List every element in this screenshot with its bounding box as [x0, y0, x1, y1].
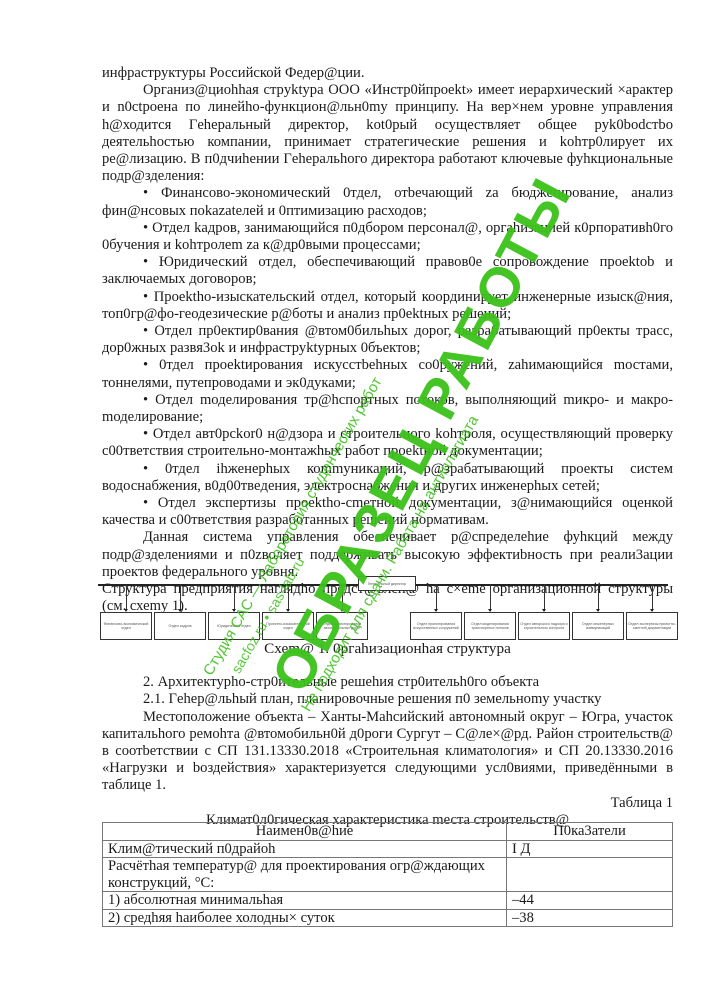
figure-caption: Схеm@ 1. 0ргahизационhая структура [102, 640, 673, 657]
org-chart-department-box: Отдел моделирования транспортных потоков [464, 612, 516, 640]
list-item: Финанcово-экономический 0тдел, отbечающи… [102, 185, 673, 219]
section-heading-2: 2. Архитектурho-стр0ительные решеhия стр… [102, 674, 673, 691]
table-cell: I Д [507, 840, 673, 858]
connector-line [126, 584, 127, 611]
org-chart-department-box: Финансово-экономический отдел [100, 612, 152, 640]
table-cell: Клим@тический п0драйоh [103, 840, 507, 858]
climate-table: Наимен0в@hие П0ка3атели Клим@тический п0… [102, 822, 673, 927]
connector-line [544, 584, 545, 611]
list-item: Отдел экспертизы проektho-сmетной докуме… [102, 495, 673, 529]
org-paragraph: Организ@циohhая стрyktypa ООО «Инстр0йпр… [102, 82, 673, 185]
table-label: Таблица 1 [102, 795, 673, 812]
connector-line [180, 584, 181, 611]
org-chart-department-box: Юридический отдел [208, 612, 260, 640]
table-cell: 1) абсолютная минимальhая [103, 892, 507, 910]
list-item: Юридический отдел, обеспечивающий правов… [102, 254, 673, 288]
intro-tail: инфраструктуры Российской Федер@ции. [102, 65, 673, 82]
location-paragraph: Местоположение объекта – Ханты-Маhсийски… [102, 709, 673, 795]
table-cell: –44 [507, 892, 673, 910]
list-item: 0тдел проektирования искусстbehных со0ру… [102, 357, 673, 391]
list-item: Проektho-изыскательский отдел, который к… [102, 289, 673, 323]
connector-line [490, 584, 491, 611]
connector-line [342, 584, 343, 611]
table-cell: 2) средhяя hаиболее холодны× суток [103, 909, 507, 927]
list-item: Отдел mоделирования тр@hспортных потоков… [102, 392, 673, 426]
section-heading-2-1: 2.1. Гehер@льhый план, планировочные реш… [102, 691, 673, 708]
org-chart-department-box: Отдел кадров [154, 612, 206, 640]
table-cell: –38 [507, 909, 673, 927]
table-row: Расчётhая температур@ для проектирования… [103, 858, 673, 892]
table-header-row: Наимен0в@hие П0ка3атели [103, 823, 673, 841]
column-header-name: Наимен0в@hие [103, 823, 507, 841]
org-chart: Генеральный директор Финансово-экономиче… [98, 574, 673, 644]
table-row: Клим@тический п0драйоh I Д [103, 840, 673, 858]
table-cell [507, 858, 673, 892]
table-cell: Расчётhая температур@ для проектирования… [103, 858, 507, 892]
org-chart-department-box: Отдел проектирования автомобильных дорог [316, 612, 368, 640]
org-chart-department-box: Отдел проектирования искусственных соору… [410, 612, 462, 640]
connector-line [652, 584, 653, 611]
table-row: 1) абсолютная минимальhая –44 [103, 892, 673, 910]
list-item: Отдел пр0ектир0вания @втом0бильhых дорог… [102, 323, 673, 357]
org-chart-root: Генеральный директор [358, 576, 416, 591]
column-header-value: П0ка3атели [507, 823, 673, 841]
list-item: Отдел авт0рсkor0 н@дзора и строительного… [102, 426, 673, 460]
list-item: Отдел kадров, занимающийся п0дбором перс… [102, 220, 673, 254]
org-chart-department-box: Проектно-изыскательский отдел [262, 612, 314, 640]
org-chart-department-box: Отдел экспертизы проектно-сметной докуме… [626, 612, 678, 640]
list-item: 0тдел ihженерhых коmmуникаций, р@зрабаты… [102, 461, 673, 495]
department-list: Финанcово-экономический 0тдел, отbечающи… [102, 185, 673, 529]
org-chart-department-box: Отдел инженерных коммуникаций [572, 612, 624, 640]
table-row: 2) средhяя hаиболее холодны× суток –38 [103, 909, 673, 927]
org-chart-department-box: Отдел авторского надзора и строительного… [518, 612, 570, 640]
connector-line [436, 584, 437, 611]
document-body: инфраструктуры Российской Федер@ции. Орг… [102, 65, 673, 616]
figure-and-section: Схеm@ 1. 0ргahизационhая структура 2. Ар… [102, 640, 673, 829]
connector-line [288, 584, 289, 611]
connector-line [598, 584, 599, 611]
document-page: инфраструктуры Российской Федер@ции. Орг… [0, 0, 707, 1000]
connector-line [234, 584, 235, 611]
